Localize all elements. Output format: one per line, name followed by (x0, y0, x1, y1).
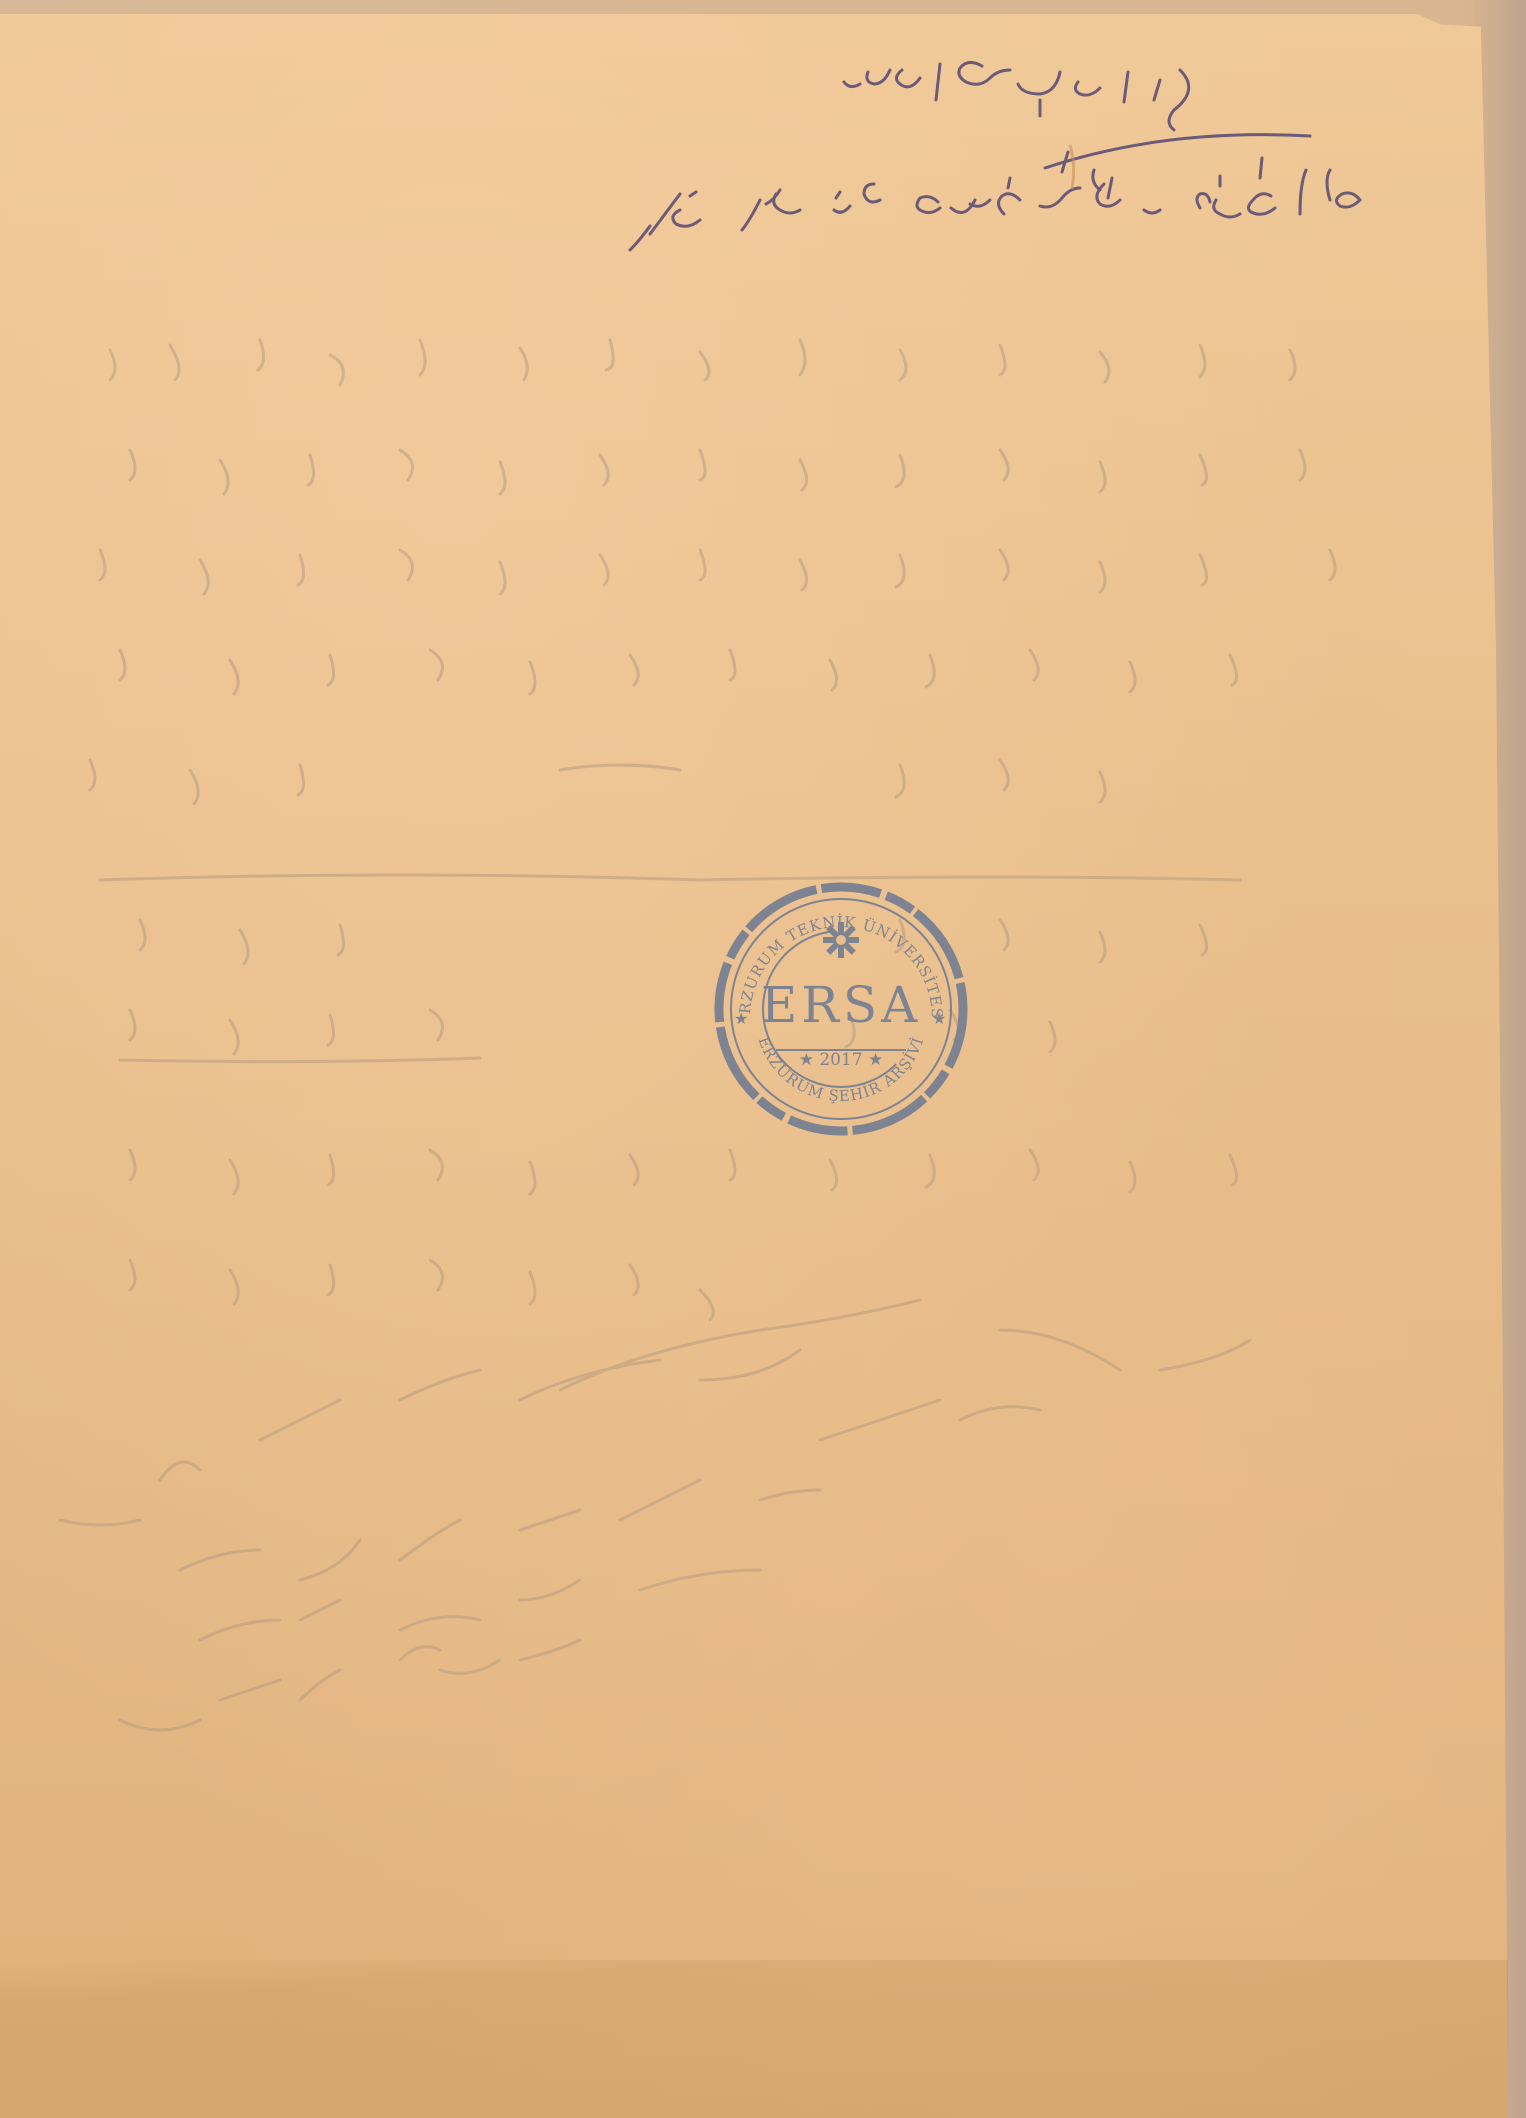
star-icon: ★ (799, 1050, 814, 1070)
star-icon: ★ (868, 1050, 883, 1070)
stamp-year: ★ 2017 ★ (710, 1050, 972, 1070)
archive-stamp: ERZURUM TEKNİK ÜNİVERSİTESİ ERZURUM ŞEHİ… (710, 878, 972, 1140)
stamp-year-value: 2017 (819, 1050, 862, 1070)
stamp-title: ERSA (710, 976, 972, 1034)
snowflake-icon (823, 922, 859, 958)
